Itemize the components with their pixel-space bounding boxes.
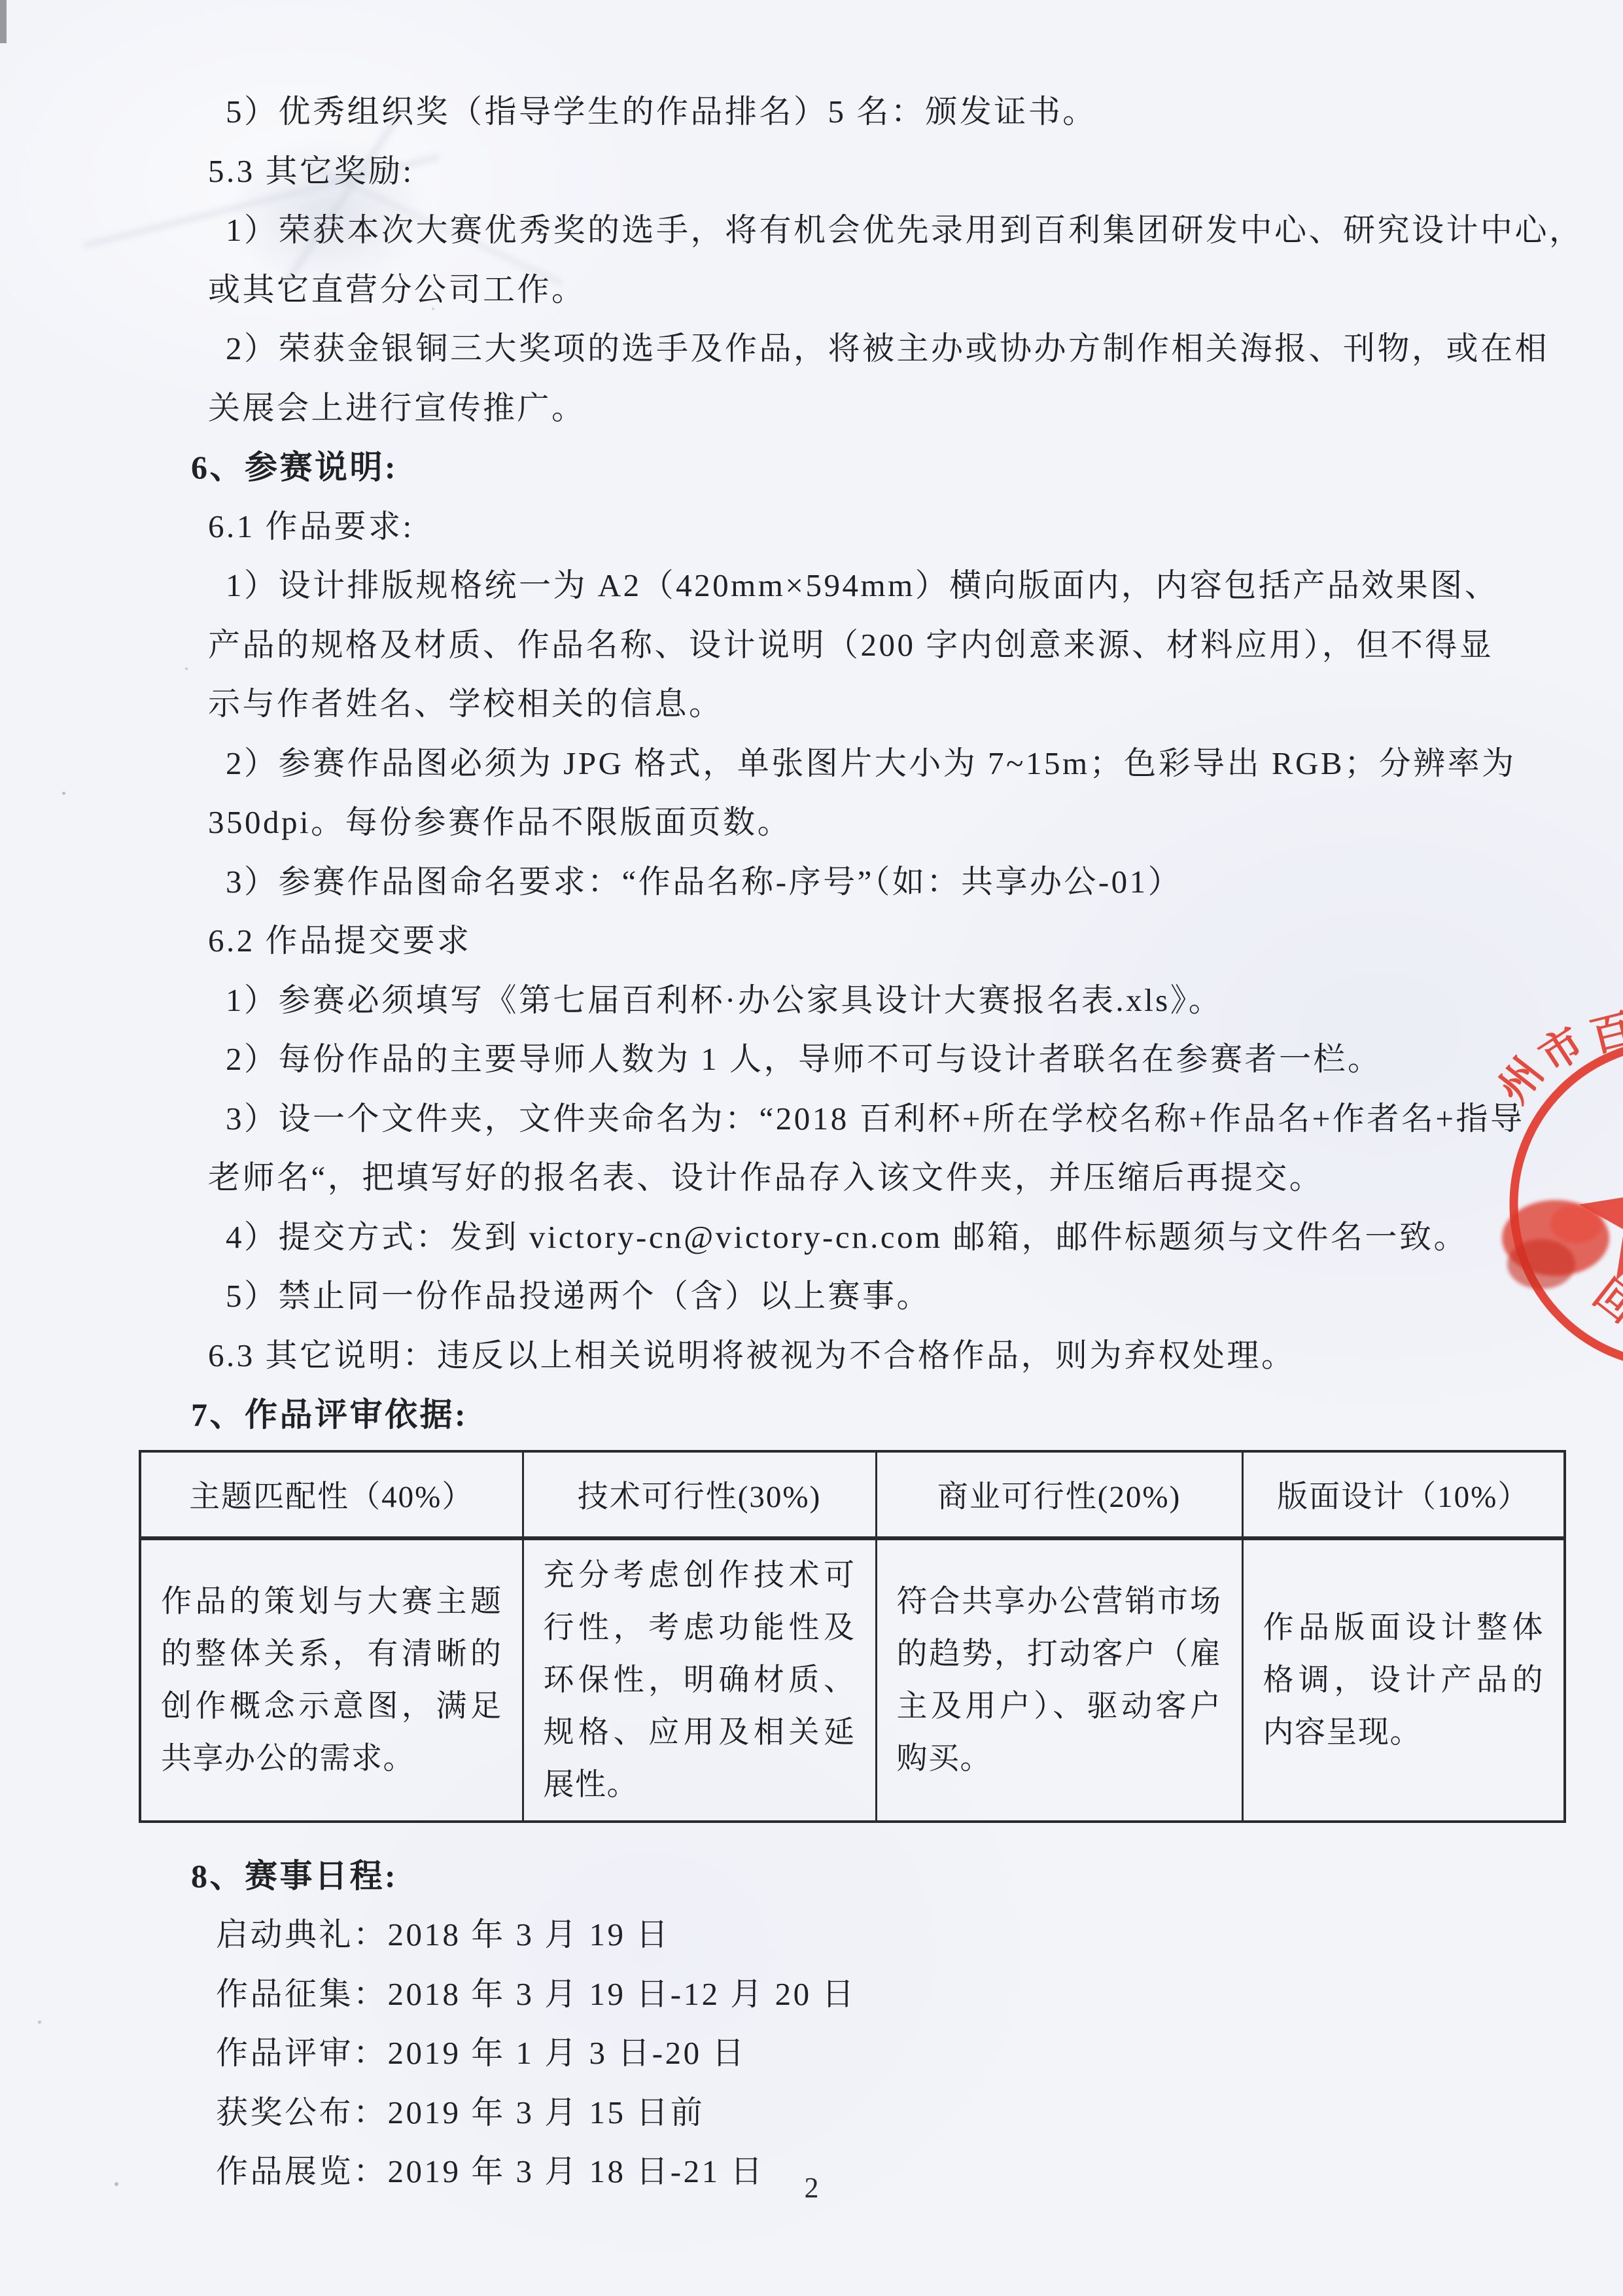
body-text-line: 老师名“，把填写好的报名表、设计作品存入该文件夹，并压缩后再提交。: [0, 1148, 1623, 1208]
criteria-table: 主题匹配性（40%） 技术可行性(30%) 商业可行性(20%) 版面设计（10…: [139, 1450, 1566, 1823]
section-heading: 6、参赛说明:: [0, 438, 1623, 497]
section-heading: 7、作品评审依据:: [0, 1385, 1623, 1445]
body-text-line: 5）禁止同一份作品投递两个（含）以上赛事。: [0, 1267, 1623, 1326]
section-subheading: 6.1 作品要求:: [0, 497, 1623, 557]
section-subheading: 6.2 作品提交要求: [0, 911, 1623, 971]
criteria-header-cell: 主题匹配性（40%）: [140, 1451, 523, 1538]
body-text-line: 350dpi。每份参赛作品不限版面页数。: [0, 793, 1623, 853]
body-text-line: 2）参赛作品图必须为 JPG 格式，单张图片大小为 7~15m；色彩导出 RGB…: [0, 734, 1623, 794]
scanned-document-page: 5）优秀组织奖（指导学生的作品排名）5 名：颁发证书。 5.3 其它奖励: 1）…: [0, 0, 1623, 2296]
schedule-line: 启动典礼：2018 年 3 月 19 日: [0, 1905, 1623, 1965]
body-text-line: 关展会上进行宣传推广。: [0, 379, 1623, 438]
body-text-line: 产品的规格及材质、作品名称、设计说明（200 字内创意来源、材料应用），但不得显: [0, 616, 1623, 675]
schedule-line: 获奖公布：2019 年 3 月 15 日前: [0, 2083, 1623, 2143]
body-text-line: 1）荣获本次大赛优秀奖的选手，将有机会优先录用到百利集团研发中心、研究设计中心，: [0, 201, 1623, 260]
criteria-cell: 作品版面设计整体格调，设计产品的内容呈现。: [1242, 1538, 1565, 1822]
page-number: 2: [0, 2171, 1623, 2204]
section-subheading: 6.3 其它说明：违反以上相关说明将被视为不合格作品，则为弃权处理。: [0, 1326, 1623, 1386]
section-subheading: 5.3 其它奖励:: [0, 142, 1623, 202]
body-text-line: 1）设计排版规格统一为 A2（420mm×594mm）横向版面内，内容包括产品效…: [0, 556, 1623, 616]
scan-edge-artifact: [0, 0, 7, 43]
criteria-table-body-row: 作品的策划与大赛主题的整体关系，有清晰的创作概念示意图，满足共享办公的需求。 充…: [140, 1538, 1565, 1822]
body-text-line: 3）设一个文件夹，文件夹命名为：“2018 百利杯+所在学校名称+作品名+作者名…: [0, 1089, 1623, 1149]
body-text-line: 5）优秀组织奖（指导学生的作品排名）5 名：颁发证书。: [0, 82, 1623, 142]
criteria-cell: 符合共享办公营销市场的趋势，打动客户（雇主及用户）、驱动客户购买。: [876, 1538, 1242, 1822]
criteria-header-cell: 技术可行性(30%): [523, 1451, 876, 1538]
criteria-cell: 充分考虑创作技术可行性，考虑功能性及环保性，明确材质、规格、应用及相关延展性。: [523, 1538, 876, 1822]
section-heading: 8、赛事日程:: [0, 1846, 1623, 1906]
criteria-table-header-row: 主题匹配性（40%） 技术可行性(30%) 商业可行性(20%) 版面设计（10…: [140, 1451, 1565, 1538]
body-text-line: 1）参赛必须填写《第七届百利杯·办公家具设计大赛报名表.xls》。: [0, 971, 1623, 1031]
body-text-line: 2）荣获金银铜三大奖项的选手及作品，将被主办或协办方制作相关海报、刊物，或在相: [0, 319, 1623, 379]
body-text-line: 4）提交方式：发到 victory-cn@victory-cn.com 邮箱，邮…: [0, 1208, 1623, 1267]
body-text-line: 3）参赛作品图命名要求：“作品名称-序号”（如：共享办公-01）: [0, 853, 1623, 912]
document-body: 5）优秀组织奖（指导学生的作品排名）5 名：颁发证书。 5.3 其它奖励: 1）…: [0, 82, 1623, 2202]
criteria-cell: 作品的策划与大赛主题的整体关系，有清晰的创作概念示意图，满足共享办公的需求。: [140, 1538, 523, 1822]
schedule-line: 作品评审：2019 年 1 月 3 日-20 日: [0, 2024, 1623, 2083]
body-text-line: 2）每份作品的主要导师人数为 1 人，导师不可与设计者联名在参赛者一栏。: [0, 1030, 1623, 1089]
criteria-header-cell: 商业可行性(20%): [876, 1451, 1242, 1538]
schedule-line: 作品征集：2018 年 3 月 19 日-12 月 20 日: [0, 1965, 1623, 2024]
criteria-header-cell: 版面设计（10%）: [1242, 1451, 1565, 1538]
body-text-line: 或其它直营分公司工作。: [0, 260, 1623, 320]
body-text-line: 示与作者姓名、学校相关的信息。: [0, 675, 1623, 734]
